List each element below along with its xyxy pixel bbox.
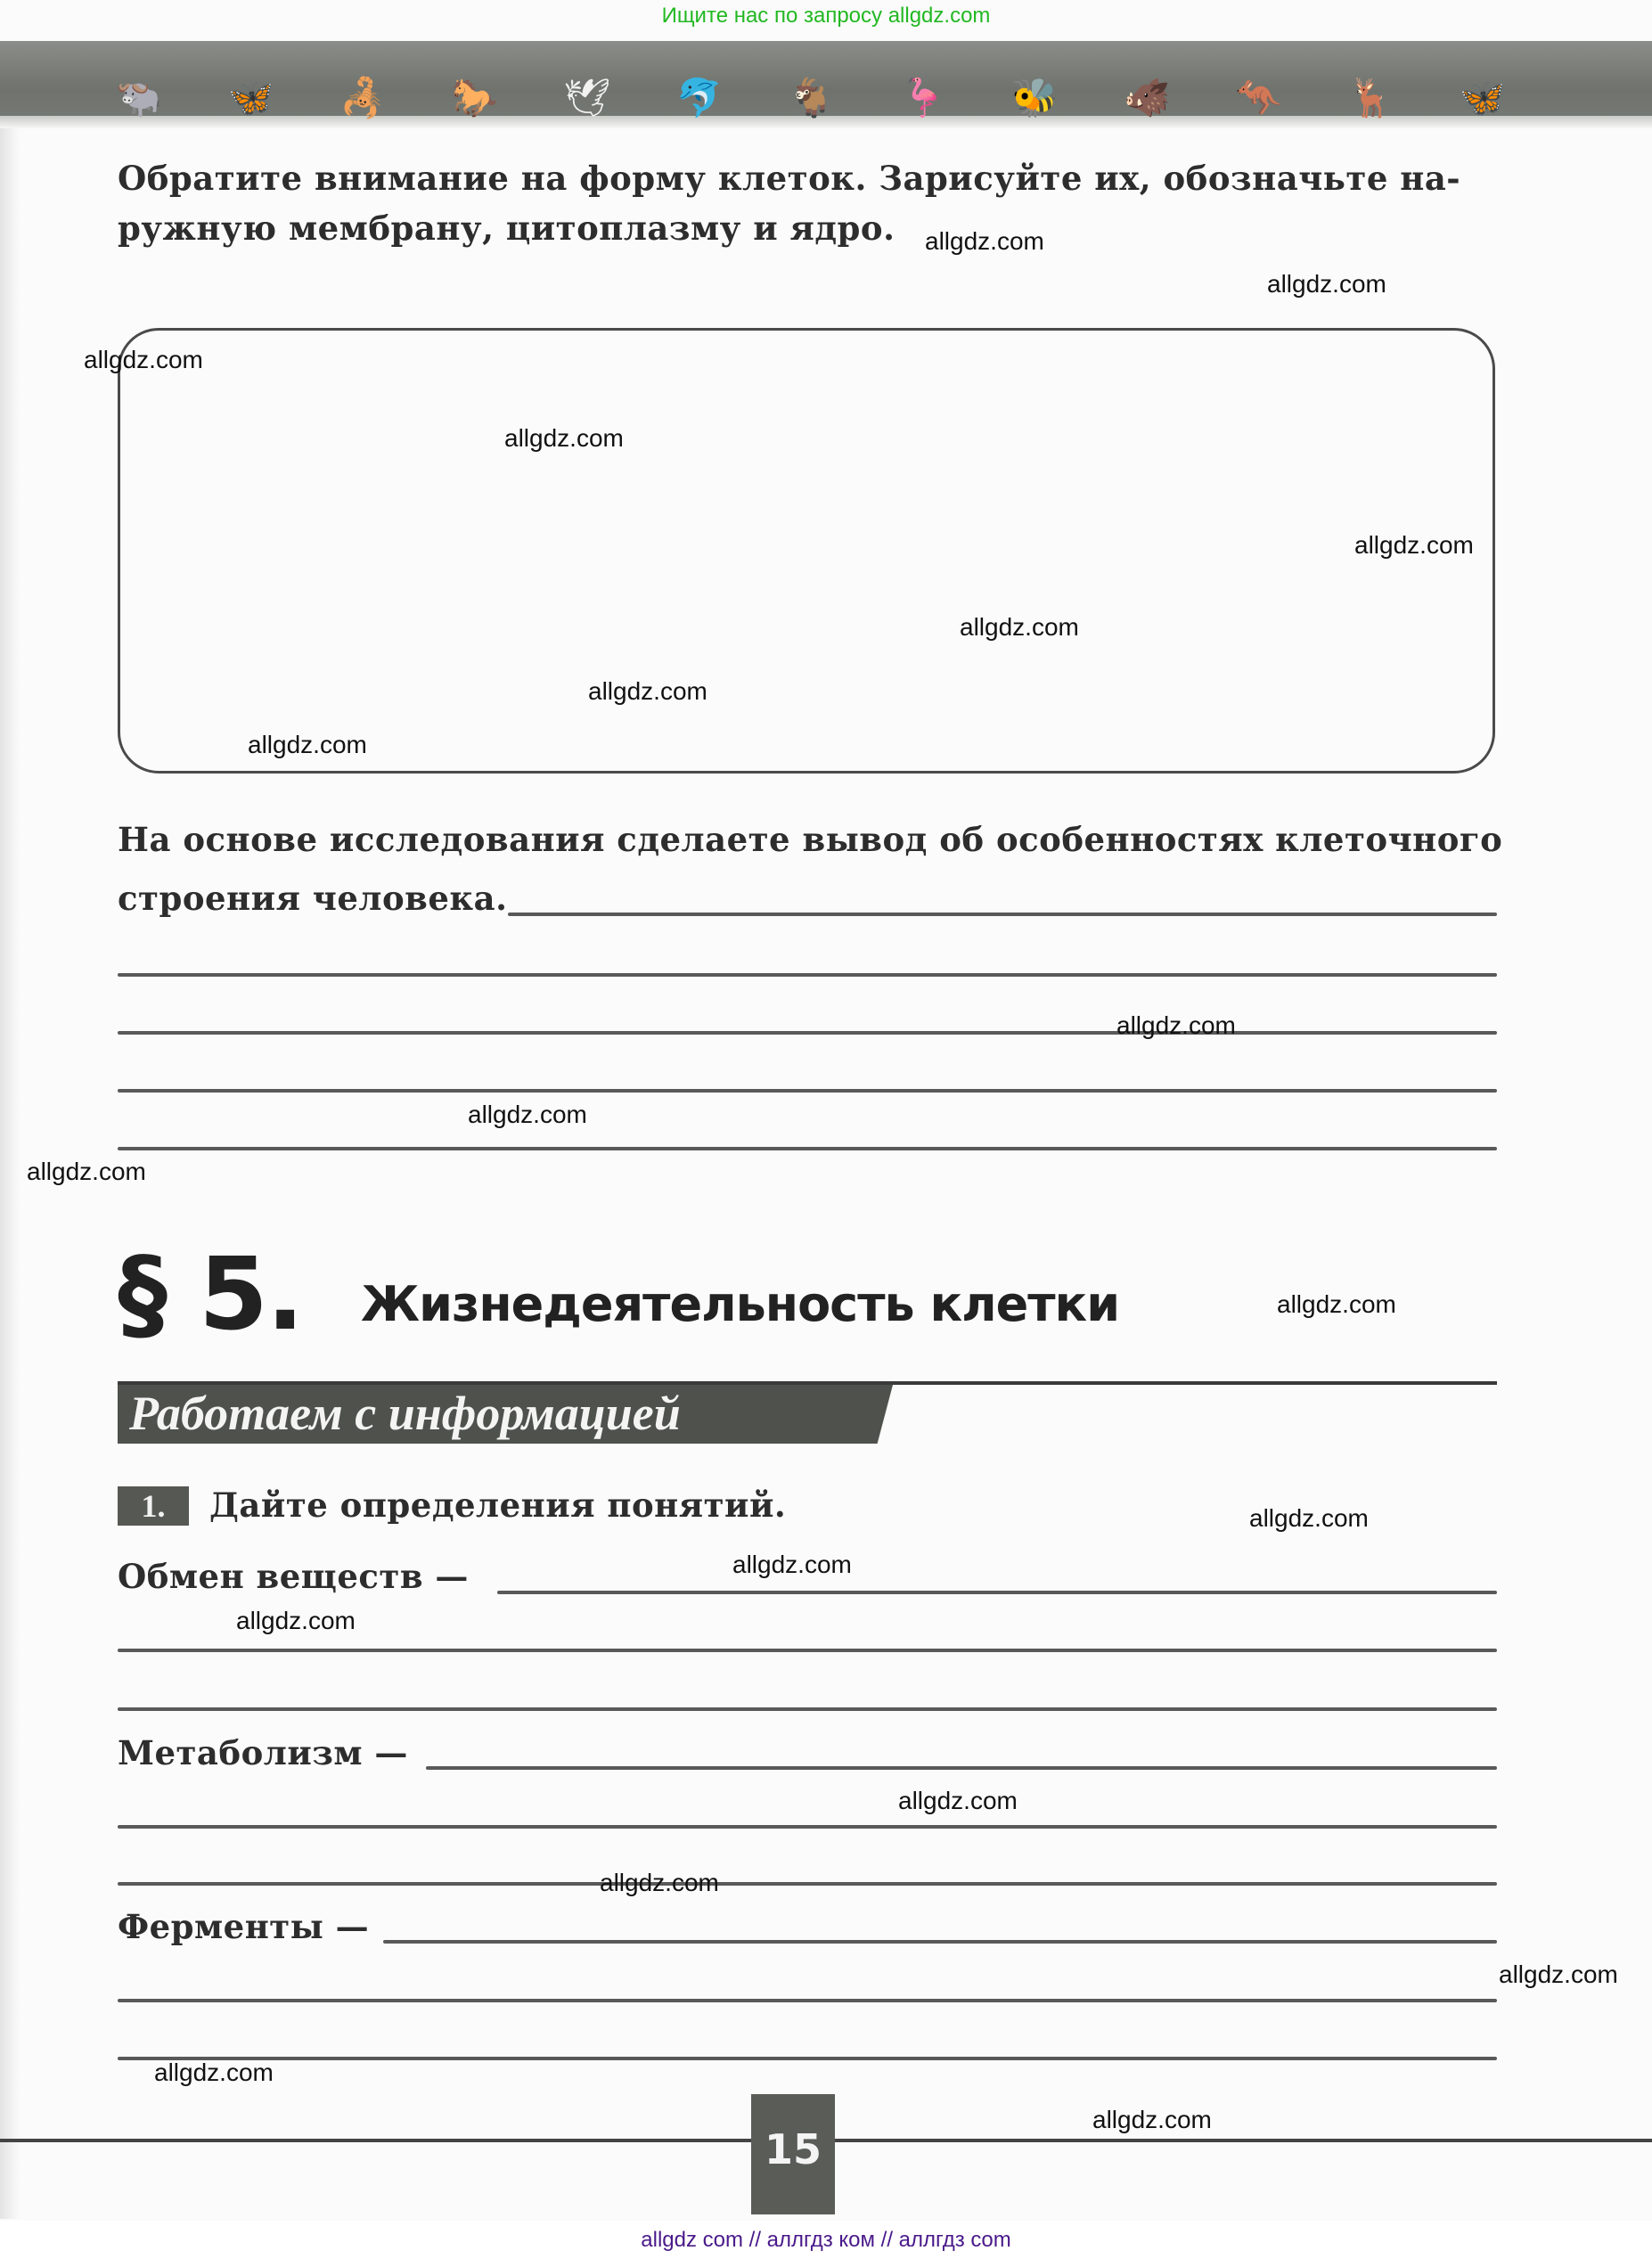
- task-prompt: Дайте определения понятий.: [209, 1486, 786, 1525]
- watermark: allgdz.com: [248, 731, 367, 759]
- conclusion-line-1: На основе исследования сделаете вывод об…: [118, 820, 1502, 859]
- watermark: allgdz.com: [84, 346, 203, 374]
- term-metabolism-exchange: Обмен веществ —: [118, 1557, 469, 1596]
- section-number: § 5.: [118, 1237, 302, 1353]
- term-enzymes: Ферменты —: [118, 1907, 369, 1946]
- answer-line[interactable]: [497, 1591, 1497, 1594]
- answer-line[interactable]: [118, 1147, 1497, 1150]
- bison-icon: 🐃: [116, 78, 162, 118]
- bird-icon: 🕊: [563, 78, 610, 118]
- answer-line[interactable]: [118, 1999, 1497, 2002]
- answer-line[interactable]: [508, 913, 1497, 916]
- scorpion-icon: 🦂: [339, 78, 386, 118]
- watermark: allgdz.com: [236, 1607, 356, 1635]
- section-title: Жизнедеятельность клетки: [361, 1276, 1119, 1332]
- butterfly-icon: 🦋: [1460, 78, 1506, 118]
- answer-line[interactable]: [118, 1707, 1497, 1711]
- antelope-icon: 🦌: [1347, 78, 1394, 118]
- watermark: allgdz.com: [1249, 1504, 1369, 1533]
- term-metabolism: Метаболизм —: [118, 1733, 408, 1772]
- kangaroo-icon: 🦘: [1236, 78, 1282, 118]
- answer-line[interactable]: [383, 1940, 1497, 1944]
- answer-line[interactable]: [118, 1089, 1497, 1093]
- page-number: 15: [751, 2125, 835, 2173]
- watermark: allgdz.com: [1354, 531, 1474, 560]
- bottom-watermark[interactable]: allgdz com // аллгдз ком // аллгдз com: [0, 2228, 1652, 2253]
- watermark: allgdz.com: [504, 424, 624, 453]
- animal-silhouettes: 🐃 🦋 🦂 🐎 🕊 🐬 🐐 🦩 🐝 🐗 🦘 🦌 🦋: [116, 73, 1506, 118]
- watermark: allgdz.com: [1116, 1011, 1236, 1040]
- watermark: allgdz.com: [27, 1158, 146, 1186]
- watermark: allgdz.com: [1267, 270, 1386, 299]
- bear-icon: 🐗: [1124, 78, 1170, 118]
- watermark: allgdz.com: [732, 1551, 852, 1579]
- info-band-title: Работаем с информацией: [129, 1385, 681, 1442]
- top-watermark[interactable]: Ищите нас по запросу allgdz.com: [0, 4, 1652, 29]
- answer-line[interactable]: [118, 1031, 1497, 1035]
- answer-line[interactable]: [118, 1882, 1497, 1886]
- watermark: allgdz.com: [600, 1869, 719, 1897]
- watermark: allgdz.com: [154, 2058, 274, 2087]
- watermark: allgdz.com: [1092, 2106, 1212, 2134]
- watermark: allgdz.com: [468, 1101, 587, 1129]
- watermark: allgdz.com: [898, 1787, 1018, 1815]
- horse-icon: 🐎: [452, 78, 498, 118]
- conclusion-line-2: строения человека.: [118, 879, 508, 918]
- watermark: allgdz.com: [960, 613, 1079, 642]
- dolphin-icon: 🐬: [676, 78, 723, 118]
- butterfly-icon: 🦋: [228, 78, 274, 118]
- answer-line[interactable]: [118, 973, 1497, 977]
- watermark: allgdz.com: [588, 677, 707, 706]
- insect-icon: 🐝: [1011, 78, 1058, 118]
- watermark: allgdz.com: [1277, 1290, 1396, 1319]
- drawing-area[interactable]: [118, 328, 1495, 773]
- answer-line[interactable]: [426, 1766, 1497, 1770]
- watermark: allgdz.com: [1499, 1960, 1618, 1989]
- watermark: allgdz.com: [925, 227, 1044, 256]
- answer-line[interactable]: [118, 2057, 1497, 2060]
- heron-icon: 🦩: [900, 78, 946, 118]
- goat-icon: 🐐: [788, 78, 834, 118]
- answer-line[interactable]: [118, 1649, 1497, 1652]
- page-edge-shadow: [0, 125, 20, 2219]
- answer-line[interactable]: [118, 1825, 1497, 1829]
- task-number-badge: 1.: [118, 1486, 189, 1526]
- intro-line-1: Обратите внимание на форму клеток. Зарис…: [118, 159, 1460, 198]
- intro-line-2: ружную мембрану, цитоплазму и ядро.: [118, 209, 895, 248]
